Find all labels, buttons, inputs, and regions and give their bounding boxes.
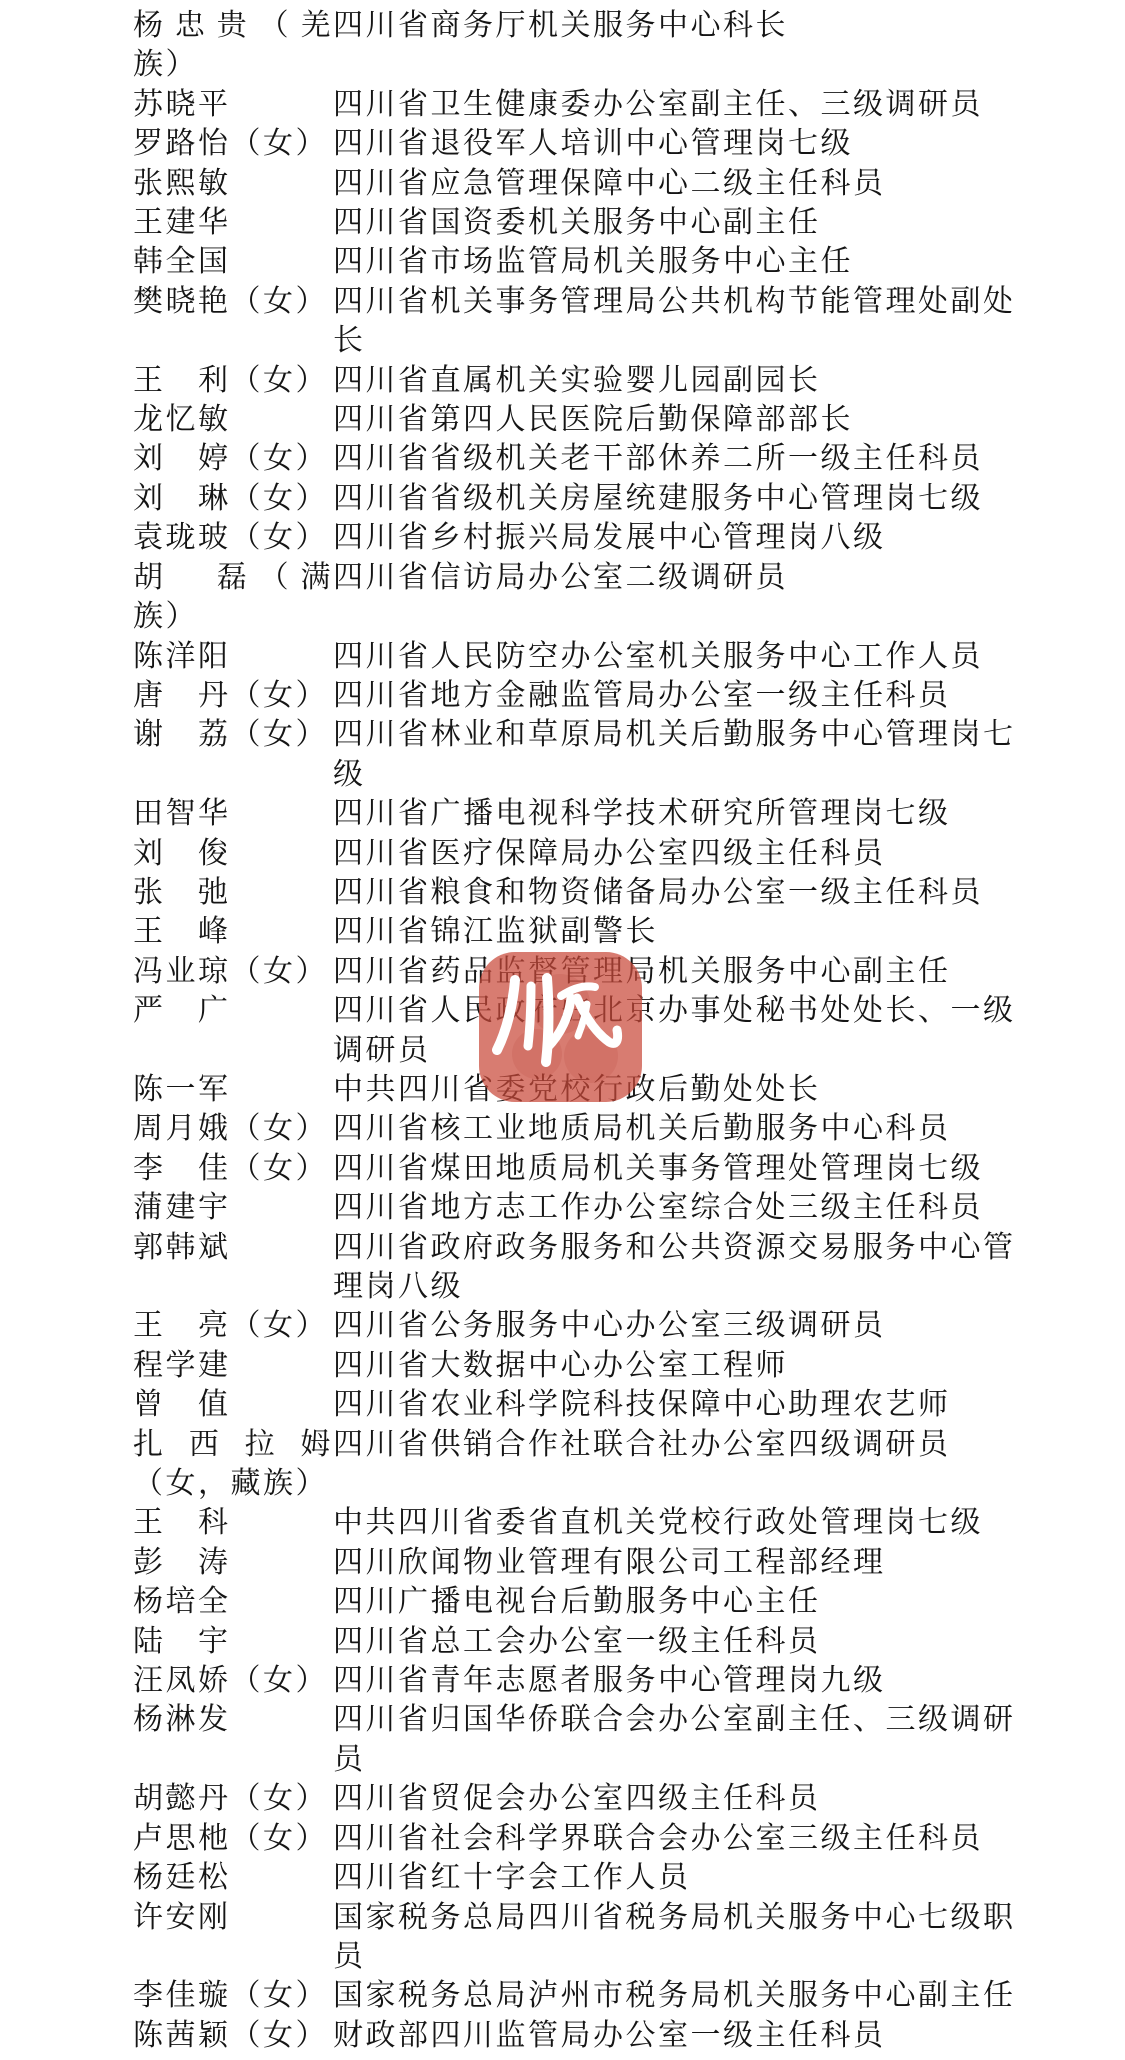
person-title: 四川省地方志工作办公室综合处三级主任科员 (333, 1188, 1027, 1227)
table-row: 王 利（女）四川省直属机关实验婴儿园副园长 (0, 361, 1125, 400)
person-name: 陆 宇 (133, 1622, 333, 1661)
table-row: 卢思杝（女）四川省社会科学界联合会办公室三级主任科员 (0, 1819, 1125, 1858)
person-title: 四川省机关事务管理局公共机构节能管理处副处长 (333, 282, 1027, 361)
person-title: 国家税务总局四川省税务局机关服务中心七级职员 (333, 1898, 1027, 1977)
table-row: 李佳璇（女）国家税务总局泸州市税务局机关服务中心副主任 (0, 1976, 1125, 2015)
person-title: 四川省贸促会办公室四级主任科员 (333, 1779, 1027, 1818)
person-title: 四川省人民政府驻北京办事处秘书处处长、一级调研员 (333, 991, 1027, 1070)
person-name: 彭 涛 (133, 1543, 333, 1582)
table-row: 扎西拉姆（女，藏族）四川省供销合作社联合社办公室四级调研员 (0, 1425, 1125, 1504)
table-row: 周月娥（女）四川省核工业地质局机关后勤服务中心科员 (0, 1109, 1125, 1148)
table-row: 杨淋发四川省归国华侨联合会办公室副主任、三级调研员 (0, 1700, 1125, 1779)
table-row: 许安刚国家税务总局四川省税务局机关服务中心七级职员 (0, 1898, 1125, 1977)
person-title: 四川广播电视台后勤服务中心主任 (333, 1582, 1027, 1621)
table-row: 胡懿丹（女）四川省贸促会办公室四级主任科员 (0, 1779, 1125, 1818)
person-name: 刘 婷（女） (133, 439, 333, 478)
table-row: 樊晓艳（女）四川省机关事务管理局公共机构节能管理处副处长 (0, 282, 1125, 361)
person-title: 四川省第四人民医院后勤保障部部长 (333, 400, 1027, 439)
person-name: 张熙敏 (133, 164, 333, 203)
person-name: 唐 丹（女） (133, 676, 333, 715)
table-row: 汪凤娇（女）四川省青年志愿者服务中心管理岗九级 (0, 1661, 1125, 1700)
table-row: 陆 宇四川省总工会办公室一级主任科员 (0, 1622, 1125, 1661)
table-row: 龙忆敏四川省第四人民医院后勤保障部部长 (0, 400, 1125, 439)
table-row: 刘 俊四川省医疗保障局办公室四级主任科员 (0, 834, 1125, 873)
person-name: 袁珑玻（女） (133, 518, 333, 557)
person-name: 王 峰 (133, 912, 333, 951)
person-name: 韩全国 (133, 242, 333, 281)
award-list: 杨忠贵（羌族）四川省商务厅机关服务中心科长苏晓平四川省卫生健康委办公室副主任、三… (0, 0, 1125, 2055)
table-row: 陈茜颖（女）财政部四川监管局办公室一级主任科员 (0, 2016, 1125, 2055)
person-name: 刘 琳（女） (133, 479, 333, 518)
person-title: 四川省供销合作社联合社办公室四级调研员 (333, 1425, 1027, 1464)
person-title: 财政部四川监管局办公室一级主任科员 (333, 2016, 1027, 2055)
person-title: 中共四川省委党校行政后勤处处长 (333, 1070, 1027, 1109)
person-name: 杨廷松 (133, 1858, 333, 1897)
table-row: 袁珑玻（女）四川省乡村振兴局发展中心管理岗八级 (0, 518, 1125, 557)
person-title: 四川省医疗保障局办公室四级主任科员 (333, 834, 1027, 873)
person-title: 四川省市场监管局机关服务中心主任 (333, 242, 1027, 281)
table-row: 胡 磊（满族）四川省信访局办公室二级调研员 (0, 558, 1125, 637)
person-name: 杨忠贵（羌族） (133, 6, 333, 85)
person-title: 四川省国资委机关服务中心副主任 (333, 203, 1027, 242)
person-name: 冯业琼（女） (133, 952, 333, 991)
person-name: 杨淋发 (133, 1700, 333, 1739)
table-row: 王 亮（女）四川省公务服务中心办公室三级调研员 (0, 1306, 1125, 1345)
person-title: 四川省归国华侨联合会办公室副主任、三级调研员 (333, 1700, 1027, 1779)
person-title: 四川省红十字会工作人员 (333, 1858, 1027, 1897)
person-name: 陈一军 (133, 1070, 333, 1109)
person-title: 国家税务总局泸州市税务局机关服务中心副主任 (333, 1976, 1027, 2015)
table-row: 陈一军中共四川省委党校行政后勤处处长 (0, 1070, 1125, 1109)
table-row: 苏晓平四川省卫生健康委办公室副主任、三级调研员 (0, 85, 1125, 124)
person-title: 四川省退役军人培训中心管理岗七级 (333, 124, 1027, 163)
person-name: 罗路怡（女） (133, 124, 333, 163)
person-title: 四川省青年志愿者服务中心管理岗九级 (333, 1661, 1027, 1700)
person-name: 苏晓平 (133, 85, 333, 124)
table-row: 杨廷松四川省红十字会工作人员 (0, 1858, 1125, 1897)
person-title: 四川省锦江监狱副警长 (333, 912, 1027, 951)
person-title: 四川省应急管理保障中心二级主任科员 (333, 164, 1027, 203)
person-name: 龙忆敏 (133, 400, 333, 439)
person-title: 四川省总工会办公室一级主任科员 (333, 1622, 1027, 1661)
table-row: 杨培全四川广播电视台后勤服务中心主任 (0, 1582, 1125, 1621)
person-name: 胡 磊（满族） (133, 558, 333, 637)
person-name: 王 亮（女） (133, 1306, 333, 1345)
table-row: 冯业琼（女）四川省药品监督管理局机关服务中心副主任 (0, 952, 1125, 991)
person-name: 周月娥（女） (133, 1109, 333, 1148)
table-row: 刘 琳（女）四川省省级机关房屋统建服务中心管理岗七级 (0, 479, 1125, 518)
table-row: 蒲建宇四川省地方志工作办公室综合处三级主任科员 (0, 1188, 1125, 1227)
person-title: 四川省公务服务中心办公室三级调研员 (333, 1306, 1027, 1345)
table-row: 陈洋阳四川省人民防空办公室机关服务中心工作人员 (0, 637, 1125, 676)
person-name: 严 广 (133, 991, 333, 1030)
table-row: 程学建四川省大数据中心办公室工程师 (0, 1346, 1125, 1385)
table-row: 田智华四川省广播电视科学技术研究所管理岗七级 (0, 794, 1125, 833)
person-name: 王 科 (133, 1503, 333, 1542)
person-title: 四川省省级机关老干部休养二所一级主任科员 (333, 439, 1027, 478)
person-name: 胡懿丹（女） (133, 1779, 333, 1818)
table-row: 王 科中共四川省委省直机关党校行政处管理岗七级 (0, 1503, 1125, 1542)
person-title: 四川欣闻物业管理有限公司工程部经理 (333, 1543, 1027, 1582)
person-title: 中共四川省委省直机关党校行政处管理岗七级 (333, 1503, 1027, 1542)
person-name: 谢 荔（女） (133, 715, 333, 754)
person-title: 四川省大数据中心办公室工程师 (333, 1346, 1027, 1385)
person-title: 四川省人民防空办公室机关服务中心工作人员 (333, 637, 1027, 676)
person-title: 四川省卫生健康委办公室副主任、三级调研员 (333, 85, 1027, 124)
person-name: 王建华 (133, 203, 333, 242)
person-title: 四川省直属机关实验婴儿园副园长 (333, 361, 1027, 400)
person-name: 汪凤娇（女） (133, 1661, 333, 1700)
person-title: 四川省省级机关房屋统建服务中心管理岗七级 (333, 479, 1027, 518)
person-name: 卢思杝（女） (133, 1819, 333, 1858)
table-row: 李 佳（女）四川省煤田地质局机关事务管理处管理岗七级 (0, 1149, 1125, 1188)
person-name: 许安刚 (133, 1898, 333, 1937)
person-title: 四川省农业科学院科技保障中心助理农艺师 (333, 1385, 1027, 1424)
table-row: 刘 婷（女）四川省省级机关老干部休养二所一级主任科员 (0, 439, 1125, 478)
table-row: 彭 涛四川欣闻物业管理有限公司工程部经理 (0, 1543, 1125, 1582)
person-name: 曾 值 (133, 1385, 333, 1424)
person-name: 郭韩斌 (133, 1228, 333, 1267)
table-row: 杨忠贵（羌族）四川省商务厅机关服务中心科长 (0, 6, 1125, 85)
person-name: 李 佳（女） (133, 1149, 333, 1188)
person-name: 陈洋阳 (133, 637, 333, 676)
person-title: 四川省粮食和物资储备局办公室一级主任科员 (333, 873, 1027, 912)
person-title: 四川省林业和草原局机关后勤服务中心管理岗七级 (333, 715, 1027, 794)
table-row: 王建华四川省国资委机关服务中心副主任 (0, 203, 1125, 242)
table-row: 郭韩斌四川省政府政务服务和公共资源交易服务中心管理岗八级 (0, 1228, 1125, 1307)
person-name: 刘 俊 (133, 834, 333, 873)
person-name: 李佳璇（女） (133, 1976, 333, 2015)
table-row: 谢 荔（女）四川省林业和草原局机关后勤服务中心管理岗七级 (0, 715, 1125, 794)
person-name: 扎西拉姆（女，藏族） (133, 1425, 333, 1504)
person-title: 四川省广播电视科学技术研究所管理岗七级 (333, 794, 1027, 833)
person-name: 王 利（女） (133, 361, 333, 400)
person-name: 蒲建宇 (133, 1188, 333, 1227)
person-name: 程学建 (133, 1346, 333, 1385)
person-title: 四川省药品监督管理局机关服务中心副主任 (333, 952, 1027, 991)
person-title: 四川省核工业地质局机关后勤服务中心科员 (333, 1109, 1027, 1148)
person-title: 四川省社会科学界联合会办公室三级主任科员 (333, 1819, 1027, 1858)
table-row: 韩全国四川省市场监管局机关服务中心主任 (0, 242, 1125, 281)
person-name: 田智华 (133, 794, 333, 833)
table-row: 唐 丹（女）四川省地方金融监管局办公室一级主任科员 (0, 676, 1125, 715)
person-name: 杨培全 (133, 1582, 333, 1621)
table-row: 罗路怡（女）四川省退役军人培训中心管理岗七级 (0, 124, 1125, 163)
person-name: 樊晓艳（女） (133, 282, 333, 321)
person-title: 四川省地方金融监管局办公室一级主任科员 (333, 676, 1027, 715)
table-row: 王 峰四川省锦江监狱副警长 (0, 912, 1125, 951)
person-title: 四川省政府政务服务和公共资源交易服务中心管理岗八级 (333, 1228, 1027, 1307)
person-title: 四川省商务厅机关服务中心科长 (333, 6, 1027, 45)
person-title: 四川省信访局办公室二级调研员 (333, 558, 1027, 597)
table-row: 严 广四川省人民政府驻北京办事处秘书处处长、一级调研员 (0, 991, 1125, 1070)
table-row: 张 弛四川省粮食和物资储备局办公室一级主任科员 (0, 873, 1125, 912)
person-name: 张 弛 (133, 873, 333, 912)
person-name: 陈茜颖（女） (133, 2016, 333, 2055)
table-row: 曾 值四川省农业科学院科技保障中心助理农艺师 (0, 1385, 1125, 1424)
person-title: 四川省乡村振兴局发展中心管理岗八级 (333, 518, 1027, 557)
table-row: 张熙敏四川省应急管理保障中心二级主任科员 (0, 164, 1125, 203)
person-title: 四川省煤田地质局机关事务管理处管理岗七级 (333, 1149, 1027, 1188)
